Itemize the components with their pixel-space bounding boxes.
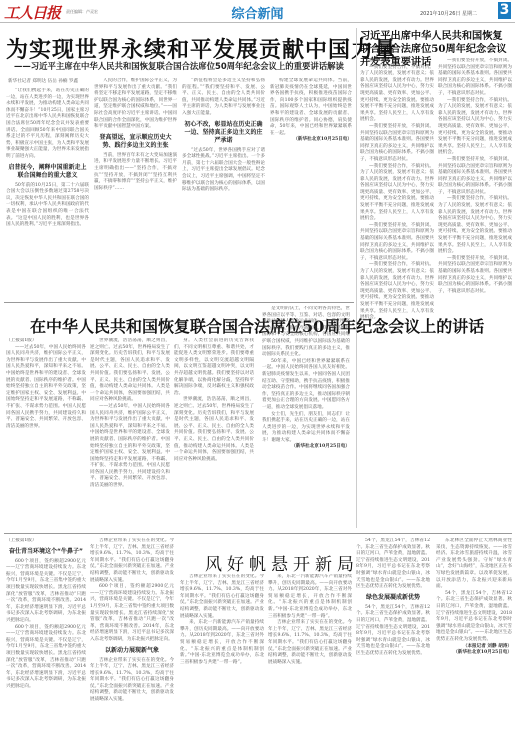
bottom-paragraph: 600个项目，签约额超2900亿元——辽宁营商环境建设持续发力。东北振兴，营商环… — [6, 559, 86, 625]
bottom-paragraph: 来，东北一汽新能源汽车产销量持续攀升，创历史同期最高。——向开放要动力。从201… — [180, 620, 264, 666]
lead-paragraph: 人民的合作，维护国际公平正义，为世界和平与发展作出了重大贡献。“我们将坚定不移走… — [94, 78, 177, 131]
lead-paragraph: “新征程将会是多边主义坚持和弘扬的征程。”“我们要坚持和平、发展、公平、正义、民… — [182, 78, 265, 118]
bottom-credit: （新华社北京10月25日电） — [436, 650, 512, 657]
lead-column-4: 构建全球发展命运共同体。当前，新冠肺炎疫情仍在全球蔓延，中国同世界各国携手抗疫，… — [270, 78, 352, 296]
speech-paragraph: 世界潮流，浩浩荡荡，顺之则昌，逆之则亡。过去50年，世界格局发生了深刻变化。历史… — [90, 338, 170, 404]
lead-subhead-3: 初心不改，彰显站在历史正确一边、坚持真正多边主义的庄严承诺 — [182, 121, 265, 145]
side-paragraph: —我们要坚持合作，不搞对抗。为了人民的发展，发展才有意义；依靠人民的发展，发展才… — [360, 164, 434, 223]
speech-paragraph: 女士们，先生们，朋友们，同志们！让我们携起手来，站在历史正确的一边，站在人类进步… — [262, 412, 350, 445]
continued-label: （上接第1版） — [6, 538, 86, 545]
masthead: 工人日报 责任编辑：卢灵宏 综合新闻 2021年10月26日 星期二 3 — [0, 0, 515, 23]
side-paragraph: —我们要坚持合作，不搞对抗。为了人民的发展，发展才有意义；依靠人民的发展，发展才… — [360, 65, 434, 124]
side-paragraph: —我们要坚持开放，不搞封闭。共同坚持以联合国宪章宗旨和原则为基础的国际关系基本准… — [438, 157, 512, 197]
bottom-paragraph: 54个，黑龙江54个，吉林省12个。东北三省生态保护成效显著。秋日的辽河口，芦苇… — [356, 538, 430, 591]
side-paragraph: —我们要坚持开放，不搞封闭。共同坚持以联合国宪章宗旨和原则为基础的国际关系基本准… — [360, 223, 434, 263]
side-paragraph: —我们要坚持开放，不搞封闭。共同坚持以联合国宪章宗旨和原则为基础的国际关系基本准… — [438, 58, 512, 98]
continued-label: （上接第1版） — [360, 58, 434, 65]
lead-paragraph: 构建全球发展命运共同体。当前，新冠肺炎疫情仍在全球蔓延，中国同世界各国携手抗疫，… — [270, 78, 352, 137]
divider — [4, 533, 512, 534]
side-paragraph: —我们要坚持合作，不搞对抗。为了人民的发展，发展才有意义；依靠人民的发展，发展才… — [438, 98, 512, 157]
divider — [4, 302, 354, 303]
bottom-subhead-2: 以新动力展现新气象 — [90, 647, 174, 655]
side-paragraph: —我们要坚持合作，不搞对抗。为了人民的发展，发展才有意义；依靠人民的发展，发展才… — [438, 196, 512, 255]
lead-column-2: 人民的合作，维护国际公平正义，为世界和平与发展作出了重大贡献。“我们将坚定不移走… — [94, 78, 177, 296]
side-paragraph: —我们要坚持合作，不搞对抗。为了人民的发展，发展才有意义；依靠人民的发展，发展才… — [360, 262, 434, 321]
bottom-paragraph: 东北林区全面停止天然林商业性采伐，生态资源持续恢复。——冰雪经济。东北冰雪旅游持… — [436, 538, 512, 591]
lead-subhead-2: 登高望远，宣示顺应历史大势、践行多边主义的主张 — [94, 134, 177, 150]
side-paragraph: —我们要坚持开放，不搞封闭。共同坚持以联合国宪章宗旨和原则为基础的国际关系基本准… — [438, 256, 512, 296]
speech-headline: 在中华人民共和国恢复联合国合法席位50周年纪念会议上的讲话 — [30, 314, 484, 337]
bottom-paragraph: 54个，黑龙江54个，吉林省12个。东北三省生态保护成效显著。秋日的辽河口，芦苇… — [356, 605, 430, 658]
lead-subheadline: ——习近平主席在中华人民共和国恢复联合国合法席位50周年纪念会议上的重要讲话解读 — [14, 60, 354, 72]
lead-paragraph: “让我们携起手来，站在历史正确的一边，站在人类进步的一边，为实现世界永续和平发展… — [6, 88, 89, 161]
bottom-paragraph: 吉林企业带来了实实在在的变化。今年上半年，辽宁、吉林、黑龙江三省经济增长9.6%… — [268, 620, 352, 666]
bottom-paragraph: 吉林企业带来了实实在在的变化。今年上半年，辽宁、吉林、黑龙江三省经济增长9.6%… — [90, 658, 174, 704]
issue-date: 2021年10月26日 星期二 — [420, 10, 477, 17]
side-paragraph: —我们要坚持开放，不搞封闭。共同坚持以联合国宪章宗旨和原则为基础的国际关系基本准… — [360, 124, 434, 164]
lead-column-1: “让我们携起手来，站在历史正确的一边，站在人类进步的一边，为实现世界永续和平发展… — [6, 88, 89, 296]
page-number-badge: 3 — [498, 2, 511, 19]
speech-column-2: 世界潮流，浩浩荡荡，顺之则昌，逆之则亡。过去50年，世界格局发生了深刻变化。历史… — [90, 338, 170, 528]
speech-paragraph: 身。人类社会前进的历史告诉我们，不同文明相互尊重、和谐共处，才能促进人类文明繁荣… — [174, 338, 254, 397]
continued-label: （上接第1版） — [6, 338, 86, 345]
lead-subhead-1: 启昔抚今，阐释中国重新走上联合国舞台的重大意义 — [6, 164, 89, 180]
lead-byline: 新华社记者 郑明达 伍岳 孙楠 罗鑫 — [8, 78, 78, 84]
lead-paragraph: “过去50年，世界各国携手应对了诸多全球性挑战。”习近平主席指出。一个多月前，第… — [182, 148, 265, 194]
side-column-2: —我们要坚持开放，不搞封闭。共同坚持以联合国宪章宗旨和原则为基础的国际关系基本准… — [438, 58, 512, 528]
bottom-subhead-1: 奋仕青当环境这个“牛鼻子” — [6, 548, 86, 556]
bottom-paragraph: 600个项目，签约额超2900亿元——辽宁营商环境建设持续发力。东北振兴，营商环… — [90, 584, 174, 643]
bottom-column-4: 来，东北一汽新能源汽车产销量持续攀升，创历史同期最高。——向开放要动力。从201… — [268, 574, 352, 746]
lead-credit: （新华社北京10月25日电） — [270, 137, 352, 144]
lead-column-3: “新征程将会是多边主义坚持和弘扬的征程。”“我们要坚持和平、发展、公平、正义、民… — [182, 78, 265, 296]
speech-column-4: 是文明的沃土，不同文明各具特色，世界各国应以平等、互鉴、对话、包容的文明观推动构… — [262, 306, 350, 528]
bottom-column-3: 吉林企业带来了实实在在的变化。今年上半年，辽宁、吉林、黑龙江三省经济增长9.6%… — [180, 574, 264, 746]
bottom-paragraph: 54个，黑龙江54个，吉林省12个。东北三省生态保护成效显著。秋日的辽河口，芦苇… — [436, 591, 512, 644]
bottom-paragraph: 吉林企业带来了实实在在的变化。今年上半年，辽宁、吉林、黑龙江三省经济增长9.6%… — [180, 574, 264, 620]
bottom-headline: 风好帆悬开新局 — [205, 550, 359, 575]
lead-paragraph: 当前，世界百年未有之大变局加速演进，和平发展进步力量不断增长。习近平主席明确指出… — [94, 153, 177, 193]
speech-column-3: 身。人类社会前进的历史告诉我们，不同文明相互尊重、和谐共处，才能促进人类文明繁荣… — [174, 338, 254, 528]
speech-paragraph: 50年来，中国已经和世界紧紧联系在一起。中国人民始终同各国人民友好相处。新冠肺炎… — [262, 359, 350, 412]
bottom-column-6: 东北林区全面停止天然林商业性采伐，生态资源持续恢复。——冰雪经济。东北冰雪旅游持… — [436, 538, 512, 746]
speech-paragraph: ——过去50年，中国人民始终同各国人民同舟共济，维护国际公平正义，为世界和平与发… — [90, 404, 170, 490]
speech-paragraph: 是文明的沃土，不同文明各具特色，世界各国应以平等、互鉴、对话、包容的文明观推动构… — [262, 306, 350, 359]
speech-paragraph: 世界潮流，浩浩荡荡，顺之则昌，逆之则亡。过去50年，世界格局发生了深刻变化。历史… — [174, 397, 254, 463]
bottom-column-2: 吉林企业带来了实实在在的变化。今年上半年，辽宁、吉林、黑龙江三省经济增长9.6%… — [90, 538, 174, 746]
bottom-subhead-3: 绿色发展凝成新优势 — [356, 594, 430, 602]
bottom-paragraph: 600个项目，签约额超2900亿元——辽宁营商环境建设持续发力。东北振兴，营商环… — [6, 625, 86, 691]
speech-paragraph: ——过去50年，中国人民始终同各国人民同舟共济，维护国际公平正义，为世界和平与发… — [6, 345, 86, 431]
speech-credit: （新华社北京10月25日电） — [262, 444, 350, 451]
bottom-paragraph: 来，东北一汽新能源汽车产销量持续攀升，创历史同期最高。——向开放要动力。从201… — [268, 574, 352, 620]
bottom-paragraph: 吉林企业带来了实实在在的变化。今年上半年，辽宁、吉林、黑龙江三省经济增长9.6%… — [90, 538, 174, 584]
side-column-1: （上接第1版） —我们要坚持合作，不搞对抗。为了人民的发展，发展才有意义；依靠人… — [360, 58, 434, 528]
column-rule — [356, 28, 357, 528]
bottom-column-5: 54个，黑龙江54个，吉林省12个。东北三省生态保护成效显著。秋日的辽河口，芦苇… — [356, 538, 430, 746]
bottom-column-1: （上接第1版） 奋仕青当环境这个“牛鼻子” 600个项目，签约额超2900亿元—… — [6, 538, 86, 746]
lead-paragraph: 50年前的10月25日，第二十六届联合国大会以压倒性多数通过第2758号决议，决… — [6, 183, 89, 229]
speech-column-1: （上接第1版） ——过去50年，中国人民始终同各国人民同舟共济，维护国际公平正义… — [6, 338, 86, 528]
